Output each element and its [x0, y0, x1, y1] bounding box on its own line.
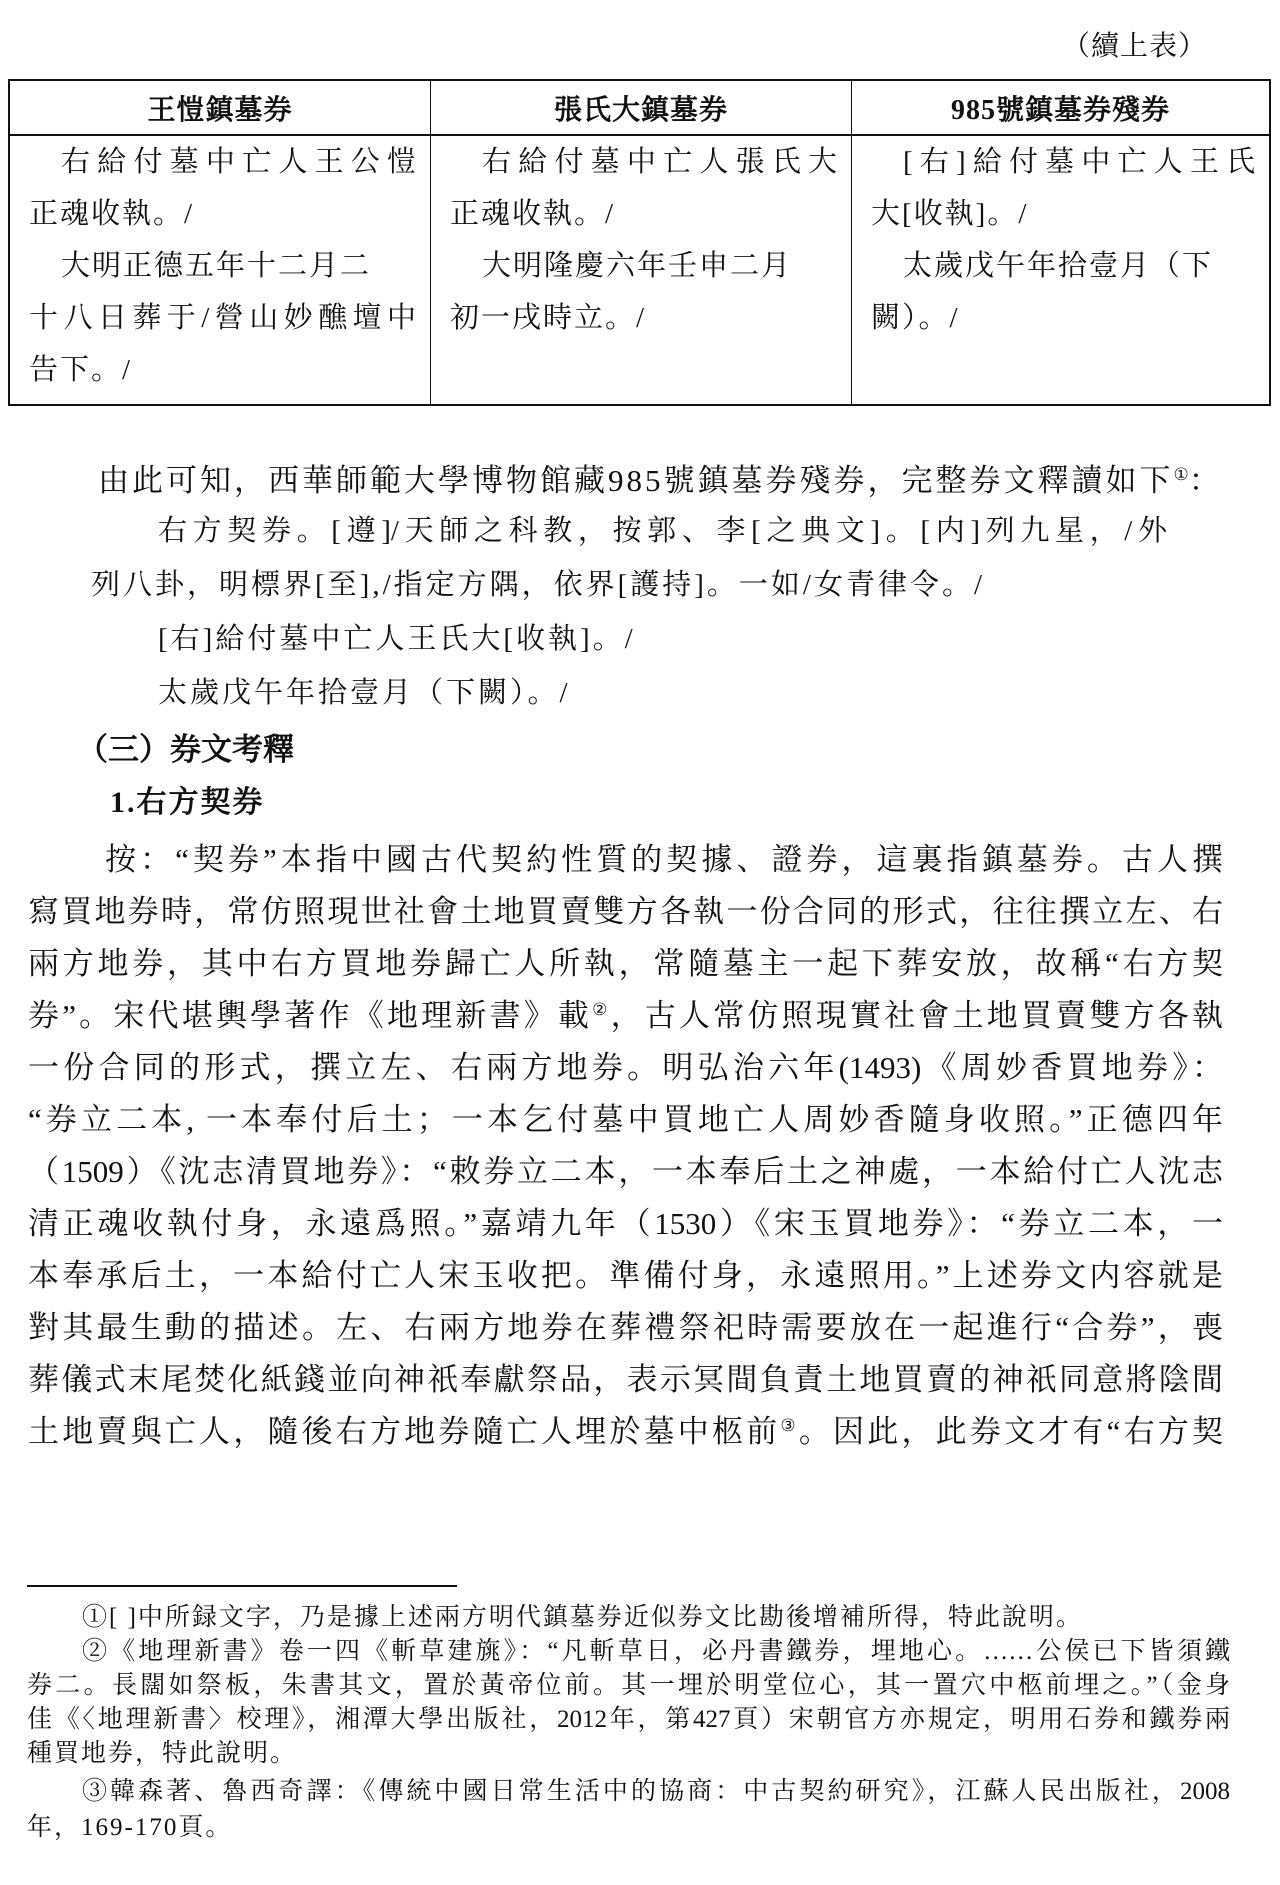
body-line: 葬儀式末尾焚化紙錢並向神祇奉獻祭品，表示冥間負責土地買賣的神祇同意將陰間 [28, 1354, 1223, 1406]
body-line: “券立二本, 一本奉付后土；一本乞付墓中買地亡人周妙香隨身收照。”正德四年 [28, 1094, 1223, 1146]
comparison-table: 王愷鎮墓券 張氏大鎮墓券 985號鎮墓券殘券 右給付墓中亡人王公愷 正魂收執。/… [8, 79, 1271, 406]
table-continued-label: （續上表） [1062, 29, 1207, 65]
table-header-wang-kai: 王愷鎮墓券 [10, 81, 431, 136]
cell-line: 十八日葬于/營山妙醮壇中 [29, 292, 416, 344]
body-line: 清正魂收執付身，永遠爲照。”嘉靖九年（1530）《宋玉買地券》：“券立二本，一 [28, 1198, 1223, 1250]
footnote-line: 年，169-170頁。 [27, 1810, 1230, 1846]
inscription-line: 列八卦，明標界[至],/指定方隅，依界[護持]。一如/女青律令。/ [91, 558, 1167, 612]
subsection-heading: 1.右方契券 [110, 783, 265, 823]
table-header-zhang-shi: 張氏大鎮墓券 [431, 81, 852, 136]
footnote-separator [27, 1585, 457, 1587]
intro-text-end: ： [1189, 463, 1223, 498]
table-header-985: 985號鎮墓券殘券 [852, 81, 1269, 136]
footnote-line: ②《地理新書》卷一四《斬草建旐》：“凡斬草日，必丹書鐵券，埋地心。……公侯已下皆… [27, 1635, 1230, 1669]
table-cell-wang-kai: 右給付墓中亡人王公愷 正魂收執。/ 大明正德五年十二月二 十八日葬于/營山妙醮壇… [10, 136, 431, 404]
body-line: 兩方地券，其中右方買地券歸亡人所執，常隨墓主一起下葬安放，故稱“右方契 [28, 938, 1223, 990]
cell-line: 右給付墓中亡人王公愷 [29, 136, 416, 188]
cell-line: 右給付墓中亡人張氏大 [450, 136, 837, 188]
footnote-line: 券二。長闊如祭板，朱書其文，置於黃帝位前。其一埋於明堂位心，其一置穴中柩前埋之。… [27, 1669, 1230, 1703]
body-paragraph: 按：“契券”本指中國古代契約性質的契據、證券，這裏指鎮墓券。古人撰 寫買地券時，… [28, 834, 1223, 1458]
body-text: 。因此，此券文才有“右方契 [799, 1414, 1223, 1449]
footnote-ref-1: ① [1174, 465, 1189, 484]
reconstructed-inscription: 右方契券。[遵]/天師之科教，按郭、李[之典文]。[内]列九星，/外 列八卦，明… [91, 504, 1167, 720]
body-line: （1509）《沈志清買地券》：“敕券立二本，一本奉后土之神處，一本給付亡人沈志 [28, 1146, 1223, 1198]
footnote-line: 種買地券，特此說明。 [27, 1737, 1230, 1771]
cell-line: 闕）。/ [871, 292, 1255, 344]
cell-line: 大[收執]。/ [871, 188, 1255, 240]
intro-paragraph: 由此可知，西華師範大學博物館藏985號鎮墓券殘券，完整券文釋讀如下①： [98, 455, 1223, 507]
body-line: 一份合同的形式，撰立左、右兩方地券。明弘治六年(1493)《周妙香買地券》： [28, 1042, 1223, 1094]
cell-line: 正魂收執。/ [450, 188, 837, 240]
footnote-line: ①[ ]中所録文字，乃是據上述兩方明代鎮墓券近似券文比勘後增補所得，特此說明。 [27, 1601, 1230, 1635]
cell-line: 大明正德五年十二月二 [29, 240, 416, 292]
table-cell-zhang-shi: 右給付墓中亡人張氏大 正魂收執。/ 大明隆慶六年壬申二月 初一戌時立。/ [431, 136, 852, 404]
intro-text: 由此可知，西華師範大學博物館藏985號鎮墓券殘券，完整券文釋讀如下 [98, 463, 1174, 498]
cell-line: 太歲戊午年拾壹月（下 [871, 240, 1255, 292]
footnote-ref-3: ③ [780, 1416, 798, 1435]
footnote-1: ①[ ]中所録文字，乃是據上述兩方明代鎮墓券近似券文比勘後增補所得，特此說明。 [27, 1601, 1230, 1635]
body-text: ，古人常仿照現實社會土地買賣雙方各執 [611, 998, 1223, 1033]
footnote-3: ③韓森著、魯西奇譯：《傳統中國日常生活中的協商：中古契約研究》，江蘇人民出版社，… [27, 1774, 1230, 1846]
cell-line: 告下。/ [29, 344, 416, 396]
cell-line: 正魂收執。/ [29, 188, 416, 240]
cell-line: [右]給付墓中亡人王氏 [871, 136, 1255, 188]
body-line: 寫買地券時，常仿照現世社會土地買賣雙方各執一份合同的形式，往往撰立左、右 [28, 886, 1223, 938]
footnote-ref-2: ② [592, 1000, 610, 1019]
footnote-2: ②《地理新書》卷一四《斬草建旐》：“凡斬草日，必丹書鐵券，埋地心。……公侯已下皆… [27, 1635, 1230, 1771]
body-line: 對其最生動的描述。左、右兩方地券在葬禮祭祀時需要放在一起進行“合券”，喪 [28, 1302, 1223, 1354]
body-text: 土地賣與亡人，隨後右方地券隨亡人埋於墓中柩前 [28, 1414, 780, 1449]
footnote-line: ③韓森著、魯西奇譯：《傳統中國日常生活中的協商：中古契約研究》，江蘇人民出版社，… [27, 1774, 1230, 1810]
inscription-line: 右方契券。[遵]/天師之科教，按郭、李[之典文]。[内]列九星，/外 [91, 504, 1167, 558]
body-line: 券”。宋代堪輿學著作《地理新書》載②，古人常仿照現實社會土地買賣雙方各執 [28, 990, 1223, 1042]
section-heading: （三）券文考釋 [77, 730, 294, 770]
body-text: 券”。宋代堪輿學著作《地理新書》載 [28, 998, 592, 1033]
body-line: 土地賣與亡人，隨後右方地券隨亡人埋於墓中柩前③。因此，此券文才有“右方契 [28, 1406, 1223, 1458]
inscription-line: 太歲戊午年拾壹月（下闕）。/ [91, 666, 1167, 720]
cell-line: 初一戌時立。/ [450, 292, 837, 344]
cell-line: 大明隆慶六年壬申二月 [450, 240, 837, 292]
inscription-line: [右]給付墓中亡人王氏大[收執]。/ [91, 612, 1167, 666]
footnote-line: 佳《〈地理新書〉校理》，湘潭大學出版社，2012年，第427頁）宋朝官方亦規定，… [27, 1703, 1230, 1737]
body-line: 按：“契券”本指中國古代契約性質的契據、證券，這裏指鎮墓券。古人撰 [28, 834, 1223, 886]
body-line: 本奉承后土，一本給付亡人宋玉收把。準備付身，永遠照用。”上述券文内容就是 [28, 1250, 1223, 1302]
table-cell-985: [右]給付墓中亡人王氏 大[收執]。/ 太歲戊午年拾壹月（下 闕）。/ [852, 136, 1269, 404]
